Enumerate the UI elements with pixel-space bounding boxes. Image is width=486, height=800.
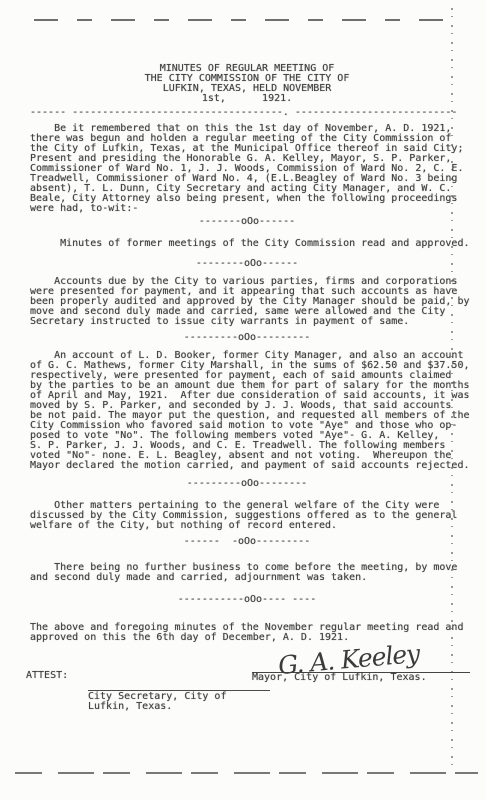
paragraph-other-matters: Other matters pertaining to the general … xyxy=(30,501,464,531)
scan-edge-artifact-bottom xyxy=(6,772,478,774)
horizontal-dashed-rule: ------ ---------------------------------… xyxy=(30,108,464,118)
paragraph-booker-account: An account of L. D. Booker, former City … xyxy=(30,351,464,471)
secretary-signature-block: City Secretary, City of Lufkin, Texas. xyxy=(88,690,270,712)
section-separator: -------oOo------ xyxy=(30,217,464,227)
section-separator: ---------oOo--------- xyxy=(30,333,464,343)
document-title: MINUTES OF REGULAR MEETING OF THE CITY C… xyxy=(30,64,464,104)
document-body: MINUTES OF REGULAR MEETING OF THE CITY C… xyxy=(30,64,464,712)
signature-section: ATTEST: City Secretary, City of Lufkin, … xyxy=(30,647,464,712)
scan-edge-artifact-top xyxy=(34,19,458,21)
attest-block: ATTEST: City Secretary, City of Lufkin, … xyxy=(30,671,230,712)
attest-label: ATTEST: xyxy=(26,671,230,681)
paragraph-adjournment: There being no further business to come … xyxy=(30,563,464,583)
section-separator: --------oOo------ xyxy=(30,259,464,269)
scanned-document-page: MINUTES OF REGULAR MEETING OF THE CITY C… xyxy=(0,0,486,800)
section-separator: -----------oOo---- ---- xyxy=(30,595,464,605)
section-separator: ------ -oOo--------- xyxy=(30,537,464,547)
paragraph-minutes-approved: Minutes of former meetings of the City C… xyxy=(30,239,464,249)
paragraph-opening: Be it remembered that on this the 1st da… xyxy=(30,124,464,214)
paragraph-accounts: Accounts due by the City to various part… xyxy=(30,277,464,327)
mayor-signature-block: G. A. Keeley Mayor, City of Lufkin, Texa… xyxy=(252,647,470,683)
secretary-title-line2: Lufkin, Texas. xyxy=(88,702,270,712)
section-separator: ---------oOo-------- xyxy=(30,479,464,489)
